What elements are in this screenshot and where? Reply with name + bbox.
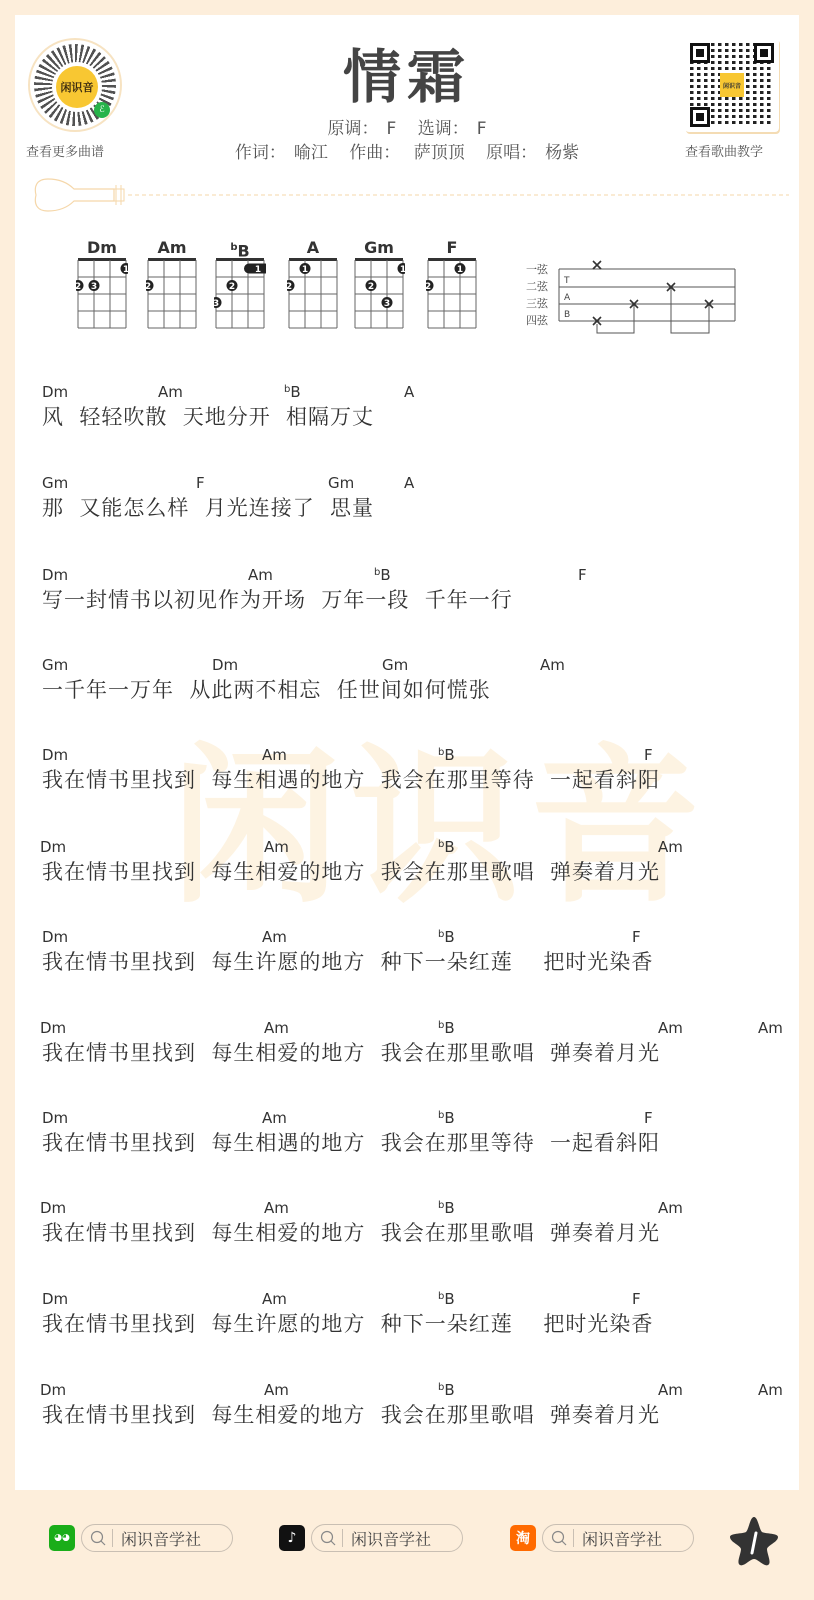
chord-label: Gm bbox=[42, 656, 68, 674]
chord-label: bB bbox=[438, 1290, 455, 1308]
chord-label: Am bbox=[264, 1019, 289, 1037]
chord-label: bB bbox=[374, 566, 391, 584]
chord-label: Gm bbox=[42, 474, 68, 492]
lyric-text: 写一封情书以初见作为开场 万年一段 千年一行 bbox=[42, 584, 513, 614]
lyric-text: 我在情书里找到 每生相爱的地方 我会在那里歌唱 弹奏着月光 bbox=[42, 1399, 660, 1429]
chord-label: F bbox=[196, 474, 205, 492]
chord-label: F bbox=[644, 1109, 653, 1127]
chord-label: Am bbox=[658, 838, 683, 856]
lyrics-sheet: DmAmbBA风 轻轻吹散 天地分开 相隔万丈GmFGmA那 又能怎么样 月光连… bbox=[0, 0, 814, 1600]
chord-label: bB bbox=[438, 928, 455, 946]
lyric-line: DmAmbBA风 轻轻吹散 天地分开 相隔万丈 bbox=[0, 383, 814, 443]
chord-label: Am bbox=[758, 1019, 783, 1037]
chord-label: Gm bbox=[382, 656, 408, 674]
chord-label: Am bbox=[262, 928, 287, 946]
chord-label: Dm bbox=[42, 928, 68, 946]
chord-label: Am bbox=[264, 1381, 289, 1399]
lyric-text: 我在情书里找到 每生相爱的地方 我会在那里歌唱 弹奏着月光 bbox=[42, 1217, 660, 1247]
chord-label: bB bbox=[438, 1109, 455, 1127]
chord-label: Dm bbox=[40, 1199, 66, 1217]
chord-label: bB bbox=[438, 838, 455, 856]
chord-label: Am bbox=[158, 383, 183, 401]
chord-label: Dm bbox=[42, 1109, 68, 1127]
chord-label: Am bbox=[658, 1019, 683, 1037]
lyric-line: GmFGmA那 又能怎么样 月光连接了 思量 bbox=[0, 474, 814, 534]
chord-label: bB bbox=[438, 746, 455, 764]
chord-label: A bbox=[404, 474, 414, 492]
lyric-text: 一千年一万年 从此两不相忘 任世间如何慌张 bbox=[42, 674, 491, 704]
lyric-line: DmAmbBF我在情书里找到 每生许愿的地方 种下一朵红莲 把时光染香 bbox=[0, 1290, 814, 1350]
lyric-text: 我在情书里找到 每生相爱的地方 我会在那里歌唱 弹奏着月光 bbox=[42, 856, 660, 886]
lyric-line: GmDmGmAm一千年一万年 从此两不相忘 任世间如何慌张 bbox=[0, 656, 814, 716]
chord-label: Dm bbox=[42, 1290, 68, 1308]
chord-label: bB bbox=[284, 383, 301, 401]
lyric-line: DmAmbBF写一封情书以初见作为开场 万年一段 千年一行 bbox=[0, 566, 814, 626]
chord-label: Gm bbox=[328, 474, 354, 492]
chord-label: A bbox=[404, 383, 414, 401]
lyric-line: DmAmbBAmAm我在情书里找到 每生相爱的地方 我会在那里歌唱 弹奏着月光 bbox=[0, 1381, 814, 1441]
chord-label: Am bbox=[758, 1381, 783, 1399]
chord-label: F bbox=[644, 746, 653, 764]
lyric-line: DmAmbBF我在情书里找到 每生许愿的地方 种下一朵红莲 把时光染香 bbox=[0, 928, 814, 988]
lyric-text: 我在情书里找到 每生相爱的地方 我会在那里歌唱 弹奏着月光 bbox=[42, 1037, 660, 1067]
chord-label: Dm bbox=[42, 383, 68, 401]
chord-label: Am bbox=[262, 1109, 287, 1127]
chord-label: Am bbox=[658, 1199, 683, 1217]
lyric-line: DmAmbBF我在情书里找到 每生相遇的地方 我会在那里等待 一起看斜阳 bbox=[0, 746, 814, 806]
chord-label: Dm bbox=[40, 838, 66, 856]
chord-label: F bbox=[632, 1290, 641, 1308]
chord-label: Am bbox=[248, 566, 273, 584]
chord-label: bB bbox=[438, 1019, 455, 1037]
lyric-line: DmAmbBF我在情书里找到 每生相遇的地方 我会在那里等待 一起看斜阳 bbox=[0, 1109, 814, 1169]
lyric-text: 我在情书里找到 每生相遇的地方 我会在那里等待 一起看斜阳 bbox=[42, 1127, 660, 1157]
chord-label: Dm bbox=[40, 1019, 66, 1037]
chord-label: bB bbox=[438, 1199, 455, 1217]
lyric-text: 那 又能怎么样 月光连接了 思量 bbox=[42, 492, 374, 522]
lyric-line: DmAmbBAmAm我在情书里找到 每生相爱的地方 我会在那里歌唱 弹奏着月光 bbox=[0, 1019, 814, 1079]
chord-label: Am bbox=[262, 1290, 287, 1308]
chord-label: Am bbox=[264, 838, 289, 856]
chord-label: Am bbox=[262, 746, 287, 764]
chord-label: Dm bbox=[42, 566, 68, 584]
chord-label: F bbox=[578, 566, 587, 584]
chord-label: bB bbox=[438, 1381, 455, 1399]
lyric-line: DmAmbBAm我在情书里找到 每生相爱的地方 我会在那里歌唱 弹奏着月光 bbox=[0, 838, 814, 898]
chord-label: Am bbox=[264, 1199, 289, 1217]
lyric-text: 我在情书里找到 每生许愿的地方 种下一朵红莲 把时光染香 bbox=[42, 1308, 653, 1338]
chord-label: Am bbox=[540, 656, 565, 674]
chord-label: F bbox=[632, 928, 641, 946]
chord-label: Dm bbox=[212, 656, 238, 674]
lyric-text: 我在情书里找到 每生相遇的地方 我会在那里等待 一起看斜阳 bbox=[42, 764, 660, 794]
chord-label: Am bbox=[658, 1381, 683, 1399]
chord-label: Dm bbox=[40, 1381, 66, 1399]
lyric-text: 我在情书里找到 每生许愿的地方 种下一朵红莲 把时光染香 bbox=[42, 946, 653, 976]
chord-label: Dm bbox=[42, 746, 68, 764]
lyric-text: 风 轻轻吹散 天地分开 相隔万丈 bbox=[42, 401, 374, 431]
lyric-line: DmAmbBAm我在情书里找到 每生相爱的地方 我会在那里歌唱 弹奏着月光 bbox=[0, 1199, 814, 1259]
